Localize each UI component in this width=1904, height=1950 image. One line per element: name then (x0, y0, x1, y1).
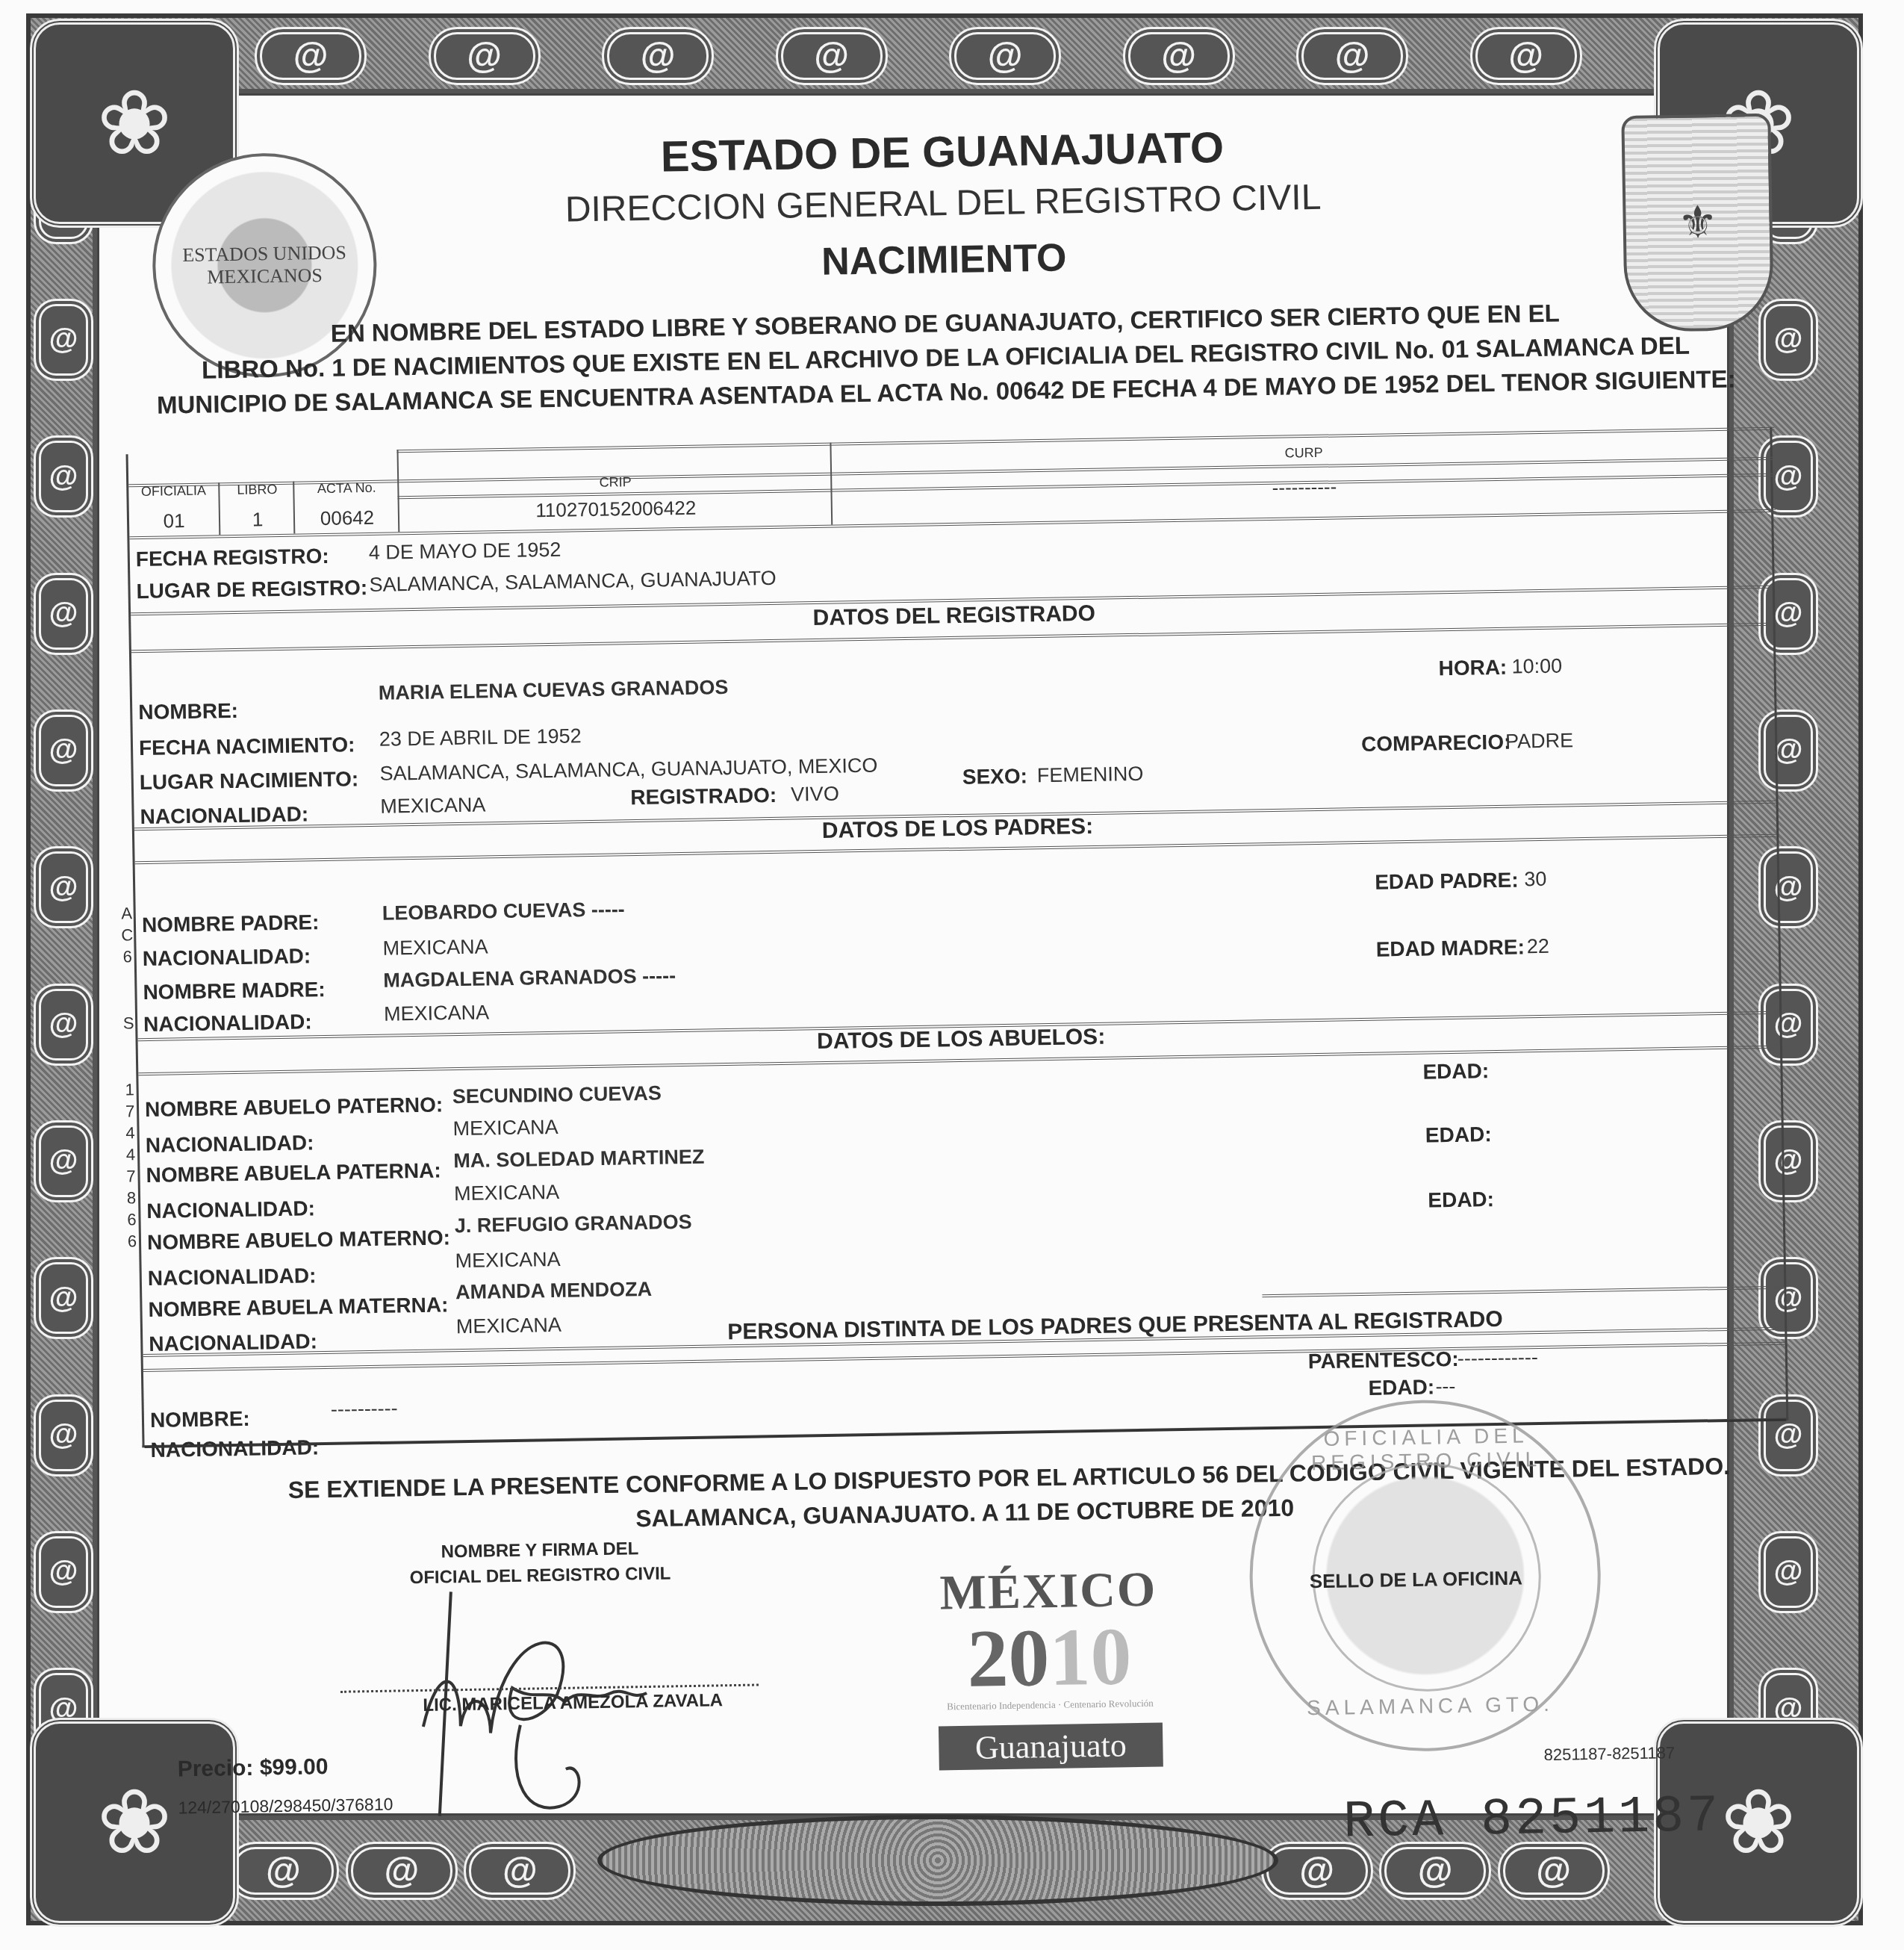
registrado-label: REGISTRADO: (630, 783, 777, 810)
nombre-padre-value: LEOBARDO CUEVAS ----- (382, 898, 625, 925)
abuela-paterna-edad-label: EDAD: (1425, 1123, 1492, 1147)
libro-header: LIBRO (220, 482, 294, 499)
nacionalidad-madre-value: MEXICANA (384, 1001, 490, 1025)
abuelo-materno-value: J. REFUGIO GRANADOS (454, 1211, 692, 1238)
curp-cell: CURP ---------- (830, 427, 1777, 525)
ornament-icon: @ (34, 573, 93, 655)
abuelo-paterno-edad-label: EDAD: (1422, 1059, 1489, 1084)
lugar-nacimiento-label: LUGAR NACIMIENTO: (140, 767, 359, 795)
edad-madre-label: EDAD MADRE: (1376, 935, 1525, 961)
ornament-icon: @ (255, 27, 367, 85)
oficialia-header: OFICIALIA (128, 482, 218, 500)
ornament-icon: @ (464, 1842, 576, 1900)
price: Precio: $99.00 (177, 1754, 328, 1782)
ornament-icon: @ (34, 984, 93, 1066)
nombre-padre-label: NOMBRE PADRE: (142, 910, 320, 937)
logo-year-light: 10 (1048, 1610, 1132, 1703)
border-ornaments-left: @@@@@@@@@@@@ (22, 134, 105, 1777)
ornament-icon: @ (34, 435, 93, 518)
serial-range: 8251187-8251187 (1543, 1743, 1675, 1765)
margin-digit: C (119, 924, 134, 945)
mexico-2010-logo: MÉXICO 2010 Bicentenario Independencia ·… (936, 1562, 1163, 1771)
crip-value: 110270152006422 (399, 494, 833, 525)
guilloche-oval-ornament (597, 1815, 1278, 1906)
ornament-icon: @ (34, 846, 93, 928)
persona-nombre-value: ---------- (331, 1397, 398, 1420)
logo-year-dark: 20 (966, 1612, 1050, 1704)
abuelo-paterno-nacionalidad-value: MEXICANA (452, 1116, 559, 1140)
margin-digit: 7 (122, 1100, 137, 1122)
ornament-icon: @ (949, 27, 1061, 85)
registrado-value: VIVO (791, 783, 839, 807)
persona-edad-value: --- (1435, 1375, 1455, 1398)
nacionalidad-padre-value: MEXICANA (382, 935, 488, 960)
libro-cell: LIBRO 1 (218, 482, 295, 535)
ornament-icon: @ (227, 1842, 339, 1900)
abuela-materna-label: NOMBRE ABUELA MATERNA: (148, 1293, 448, 1322)
folio-number: 124/270108/298450/376810 (178, 1795, 393, 1819)
lugar-nacimiento-value: SALAMANCA, SALAMANCA, GUANAJUATO, MEXICO (379, 754, 877, 786)
seal-bottom-text: SALAMANCA GTO. (1254, 1692, 1605, 1721)
comparecio-label: COMPARECIO: (1361, 730, 1511, 757)
nombre-label: NOMBRE: (138, 699, 238, 724)
parentesco-value: ------------ (1457, 1346, 1538, 1370)
edad-madre-value: 22 (1526, 935, 1549, 958)
nacionalidad-value: MEXICANA (380, 793, 486, 818)
abuela-materna-value: AMANDA MENDOZA (455, 1278, 652, 1304)
persona-nacionalidad-label: NACIONALIDAD: (150, 1435, 319, 1462)
border-ornaments-top: @@@@@@@@ (224, 15, 1613, 97)
lugar-registro-value: SALAMANCA, SALAMANCA, GUANAJUATO (369, 567, 777, 597)
record-data-box: A C 6 S 1 7 4 4 7 8 6 6 OFICIALIA 01 (126, 427, 1789, 1447)
parentesco-label: PARENTESCO: (1308, 1347, 1459, 1373)
birth-certificate: ESTADOS UNIDOS MEXICANOS ⚜ ESTADO DE GUA… (105, 99, 1805, 1829)
fecha-registro-value: 4 DE MAYO DE 1952 (369, 538, 561, 565)
seal-top-text: OFICIALIA DEL REGISTRO CIVIL (1250, 1423, 1602, 1477)
section-datos-registrado: DATOS DEL REGISTRADO (131, 590, 1777, 643)
abuela-paterna-nacionalidad-label: NACIONALIDAD: (146, 1196, 315, 1223)
crip-cell: CRIP 110270152006422 (396, 443, 833, 532)
fecha-registro-label: FECHA REGISTRO: (136, 544, 329, 571)
ornament-icon: @ (34, 1257, 93, 1339)
nombre-madre-value: MAGDALENA GRANADOS ----- (383, 964, 676, 992)
lugar-registro-label: LUGAR DE REGISTRO: (136, 576, 367, 603)
curp-value: ---------- (832, 468, 1776, 507)
abuelo-materno-nacionalidad-label: NACIONALIDAD: (148, 1264, 317, 1291)
ornament-icon: @ (34, 299, 93, 381)
persona-nombre-label: NOMBRE: (150, 1407, 250, 1432)
abuelo-materno-edad-label: EDAD: (1428, 1187, 1494, 1212)
margin-digit: 7 (123, 1165, 138, 1187)
crip-header: CRIP (399, 471, 832, 494)
abuelo-paterno-value: SECUNDINO CUEVAS (452, 1082, 662, 1109)
oficialia-value: 01 (129, 509, 219, 533)
hora-label: HORA: (1438, 656, 1507, 681)
ornament-icon: @ (34, 1531, 93, 1613)
fecha-nacimiento-value: 23 DE ABRIL DE 1952 (379, 724, 582, 751)
acta-header: ACTA No. (294, 479, 399, 497)
ornament-icon: @ (1296, 27, 1408, 85)
serial-number: RCA 8251187 (1343, 1787, 1722, 1852)
abuelo-materno-nacionalidad-value: MEXICANA (455, 1248, 561, 1273)
abuela-paterna-label: NOMBRE ABUELA PATERNA: (146, 1158, 441, 1187)
margin-digit: S (121, 1012, 136, 1034)
margin-digit: 8 (124, 1187, 139, 1208)
abuelo-materno-label: NOMBRE ABUELO MATERNO: (147, 1226, 450, 1255)
abuelo-paterno-nacionalidad-label: NACIONALIDAD: (146, 1131, 314, 1158)
libro-value: 1 (220, 508, 296, 532)
sexo-value: FEMENINO (1037, 763, 1144, 787)
edad-padre-value: 30 (1524, 868, 1547, 891)
ornament-icon: @ (602, 27, 714, 85)
margin-digit: 4 (122, 1122, 137, 1143)
sello-label: SELLO DE LA OFICINA (1310, 1567, 1523, 1594)
edad-padre-label: EDAD PADRE: (1375, 868, 1519, 894)
fecha-nacimiento-label: FECHA NACIMIENTO: (139, 733, 355, 760)
acta-value: 00642 (295, 506, 399, 530)
ornament-icon: @ (776, 27, 888, 85)
logo-state-label: Guanajuato (939, 1723, 1163, 1771)
ornament-icon: @ (34, 1394, 93, 1477)
comparecio-value: PADRE (1505, 729, 1574, 754)
margin-digit: 4 (123, 1143, 138, 1165)
oficialia-cell: OFICIALIA 01 (128, 482, 219, 536)
margin-digit: A (119, 902, 134, 924)
ornament-icon: @ (346, 1842, 458, 1900)
ornament-icon: @ (1123, 27, 1235, 85)
curp-header: CURP (832, 438, 1776, 469)
persona-edad-label: EDAD: (1368, 1375, 1434, 1400)
acta-cell: ACTA No. 00642 (293, 479, 399, 533)
logo-year: 2010 (937, 1618, 1163, 1697)
nombre-value: MARIA ELENA CUEVAS GRANADOS (379, 676, 729, 705)
sexo-label: SEXO: (962, 764, 1028, 789)
margin-digit: 6 (119, 945, 134, 967)
ornament-icon: @ (1470, 27, 1582, 85)
ornament-icon: @ (34, 1120, 93, 1202)
margin-digit: 6 (124, 1208, 139, 1230)
ornament-icon: @ (34, 709, 93, 792)
abuelo-paterno-label: NOMBRE ABUELO PATERNO: (145, 1093, 444, 1122)
hora-value: 10:00 (1511, 654, 1562, 678)
nombre-madre-label: NOMBRE MADRE: (143, 978, 326, 1005)
margin-digit: 1 (122, 1078, 137, 1100)
ornament-icon: @ (1498, 1842, 1610, 1900)
record-table: OFICIALIA 01 LIBRO 1 ACTA No. 00642 CRIP… (128, 427, 1776, 537)
abuela-paterna-nacionalidad-value: MEXICANA (454, 1181, 560, 1205)
nacionalidad-padre-label: NACIONALIDAD: (142, 944, 311, 971)
ornament-icon: @ (429, 27, 541, 85)
abuela-paterna-value: MA. SOLEDAD MARTINEZ (453, 1146, 704, 1173)
nacionalidad-madre-label: NACIONALIDAD: (143, 1010, 312, 1037)
margin-digit: 6 (125, 1230, 140, 1252)
